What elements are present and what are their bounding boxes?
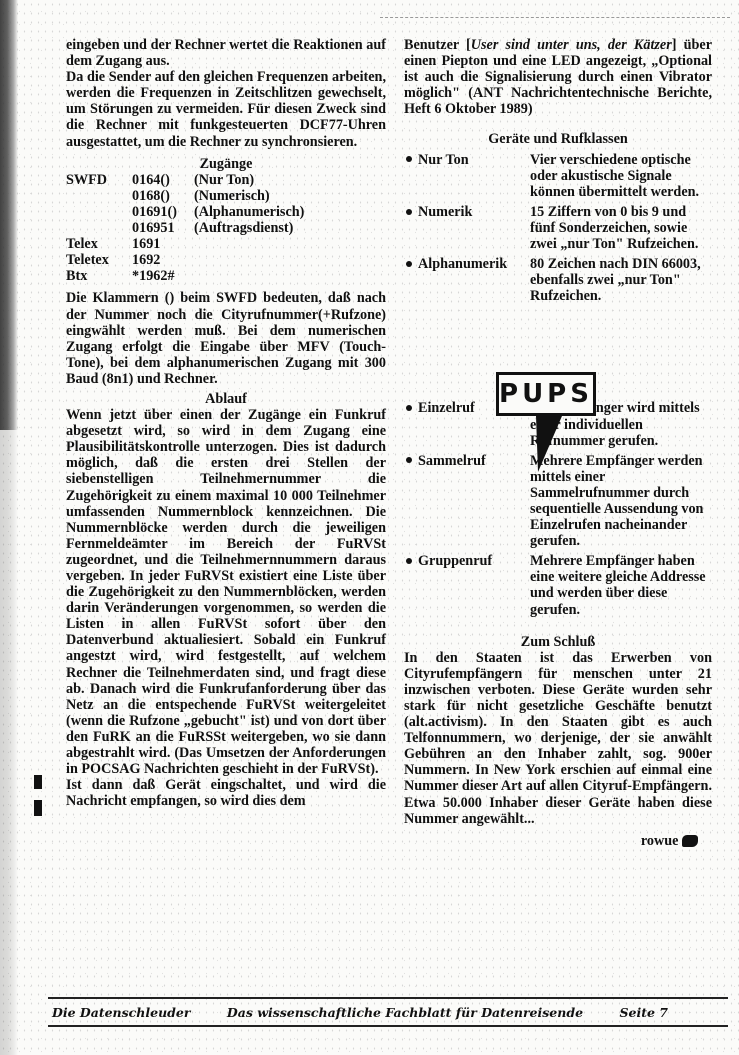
pups-speech-bubble: PUPS: [496, 372, 596, 416]
device-name: Nur Ton: [418, 152, 469, 168]
chaos-knot-logo-icon: [682, 835, 698, 847]
device-item: Numerik15 Ziffern von 0 bis 9 und fünf S…: [404, 204, 712, 252]
access-note: (Alphanumerisch): [194, 204, 304, 220]
device-description: Vier verschiedene optische oder akustisc…: [530, 152, 706, 200]
scan-edge-shadow: [0, 0, 18, 430]
editor-note: User sind unter uns, der Kätzer: [471, 37, 672, 53]
speech-bubble-tail-icon: [528, 414, 568, 474]
device-description: Mehrere Empfänger haben eine weitere gle…: [530, 553, 706, 617]
access-note: [194, 236, 304, 252]
device-item: Alphanumerik80 Zeichen nach DIN 66003, e…: [404, 256, 712, 304]
publication-tagline: Das wissenschaftliche Fachblatt für Date…: [227, 1005, 583, 1020]
paragraph: Wenn jetzt über einen der Zugänge ein Fu…: [66, 407, 386, 777]
scan-edge-shadow-lower: [0, 430, 18, 1055]
access-service: [66, 188, 132, 204]
section-heading-closing: Zum Schluß: [404, 634, 712, 650]
bullet-icon: [406, 405, 412, 411]
access-row: Btx*1962#: [66, 268, 304, 284]
access-number: *1962#: [132, 268, 194, 284]
footer-rule-top: [48, 997, 728, 999]
paragraph: In den Staaten ist das Erwerben von City…: [404, 650, 712, 827]
section-heading-flow: Ablauf: [66, 391, 386, 407]
paragraph: Die Klammern () beim SWFD bedeuten, daß …: [66, 290, 386, 387]
access-note: [194, 268, 304, 284]
access-table: SWFD0164()(Nur Ton)0168()(Numerisch)0169…: [66, 172, 304, 285]
bullet-icon: [406, 457, 412, 463]
access-row: 0168()(Numerisch): [66, 188, 304, 204]
access-number: 0168(): [132, 188, 194, 204]
access-number: 01691(): [132, 204, 194, 220]
device-name: Sammelruf: [418, 453, 486, 469]
footer-rule-bottom: [48, 1025, 728, 1027]
scan-mark: [34, 775, 42, 789]
access-row: 01691()(Alphanumerisch): [66, 204, 304, 220]
device-name: Numerik: [418, 204, 472, 220]
device-item: GruppenrufMehrere Empfänger haben eine w…: [404, 553, 712, 617]
device-name: Gruppenruf: [418, 553, 492, 569]
access-service: SWFD: [66, 172, 132, 188]
page-footer: Die Datenschleuder Das wissenschaftliche…: [52, 1005, 668, 1020]
access-row: SWFD0164()(Nur Ton): [66, 172, 304, 188]
device-name: Alphanumerik: [418, 256, 507, 272]
page-number: Seite 7: [619, 1005, 668, 1020]
paragraph: Ist dann daß Gerät eingschaltet, und wir…: [66, 777, 386, 809]
paragraph: Benutzer [User sind unter uns, der Kätze…: [404, 37, 712, 117]
access-service: [66, 204, 132, 220]
access-number: 0164(): [132, 172, 194, 188]
access-note: (Nur Ton): [194, 172, 304, 188]
device-description: 80 Zeichen nach DIN 66003, ebenfalls zwe…: [530, 256, 706, 304]
access-note: [194, 252, 304, 268]
access-row: Telex1691: [66, 236, 304, 252]
bullet-icon: [406, 209, 412, 215]
top-dash-rule: [380, 17, 730, 18]
bullet-icon: [406, 261, 412, 267]
section-heading-devices: Geräte und Rufklassen: [404, 131, 712, 147]
device-item: Nur TonVier verschiedene optische oder a…: [404, 152, 712, 200]
access-number: 016951: [132, 220, 194, 236]
access-note: (Auftragsdienst): [194, 220, 304, 236]
scan-mark: [34, 800, 42, 816]
paragraph: Da die Sender auf den gleichen Frequenze…: [66, 69, 386, 149]
section-heading-access: Zugänge: [66, 156, 386, 172]
bullet-icon: [406, 156, 412, 162]
left-column: eingeben und der Rechner wertet die Reak…: [66, 37, 386, 809]
access-note: (Numerisch): [194, 188, 304, 204]
access-number: 1692: [132, 252, 194, 268]
device-list: Nur TonVier verschiedene optische oder a…: [404, 152, 712, 305]
access-service: Telex: [66, 236, 132, 252]
paragraph: eingeben und der Rechner wertet die Reak…: [66, 37, 386, 69]
access-row: Teletex1692: [66, 252, 304, 268]
signature: rowue: [404, 833, 712, 849]
access-number: 1691: [132, 236, 194, 252]
access-service: Teletex: [66, 252, 132, 268]
bullet-icon: [406, 558, 412, 564]
access-row: 016951(Auftragsdienst): [66, 220, 304, 236]
access-service: Btx: [66, 268, 132, 284]
publication-name: Die Datenschleuder: [52, 1005, 190, 1020]
device-description: 15 Ziffern von 0 bis 9 und fünf Sonderze…: [530, 204, 706, 252]
device-name: Einzelruf: [418, 400, 475, 416]
access-service: [66, 220, 132, 236]
